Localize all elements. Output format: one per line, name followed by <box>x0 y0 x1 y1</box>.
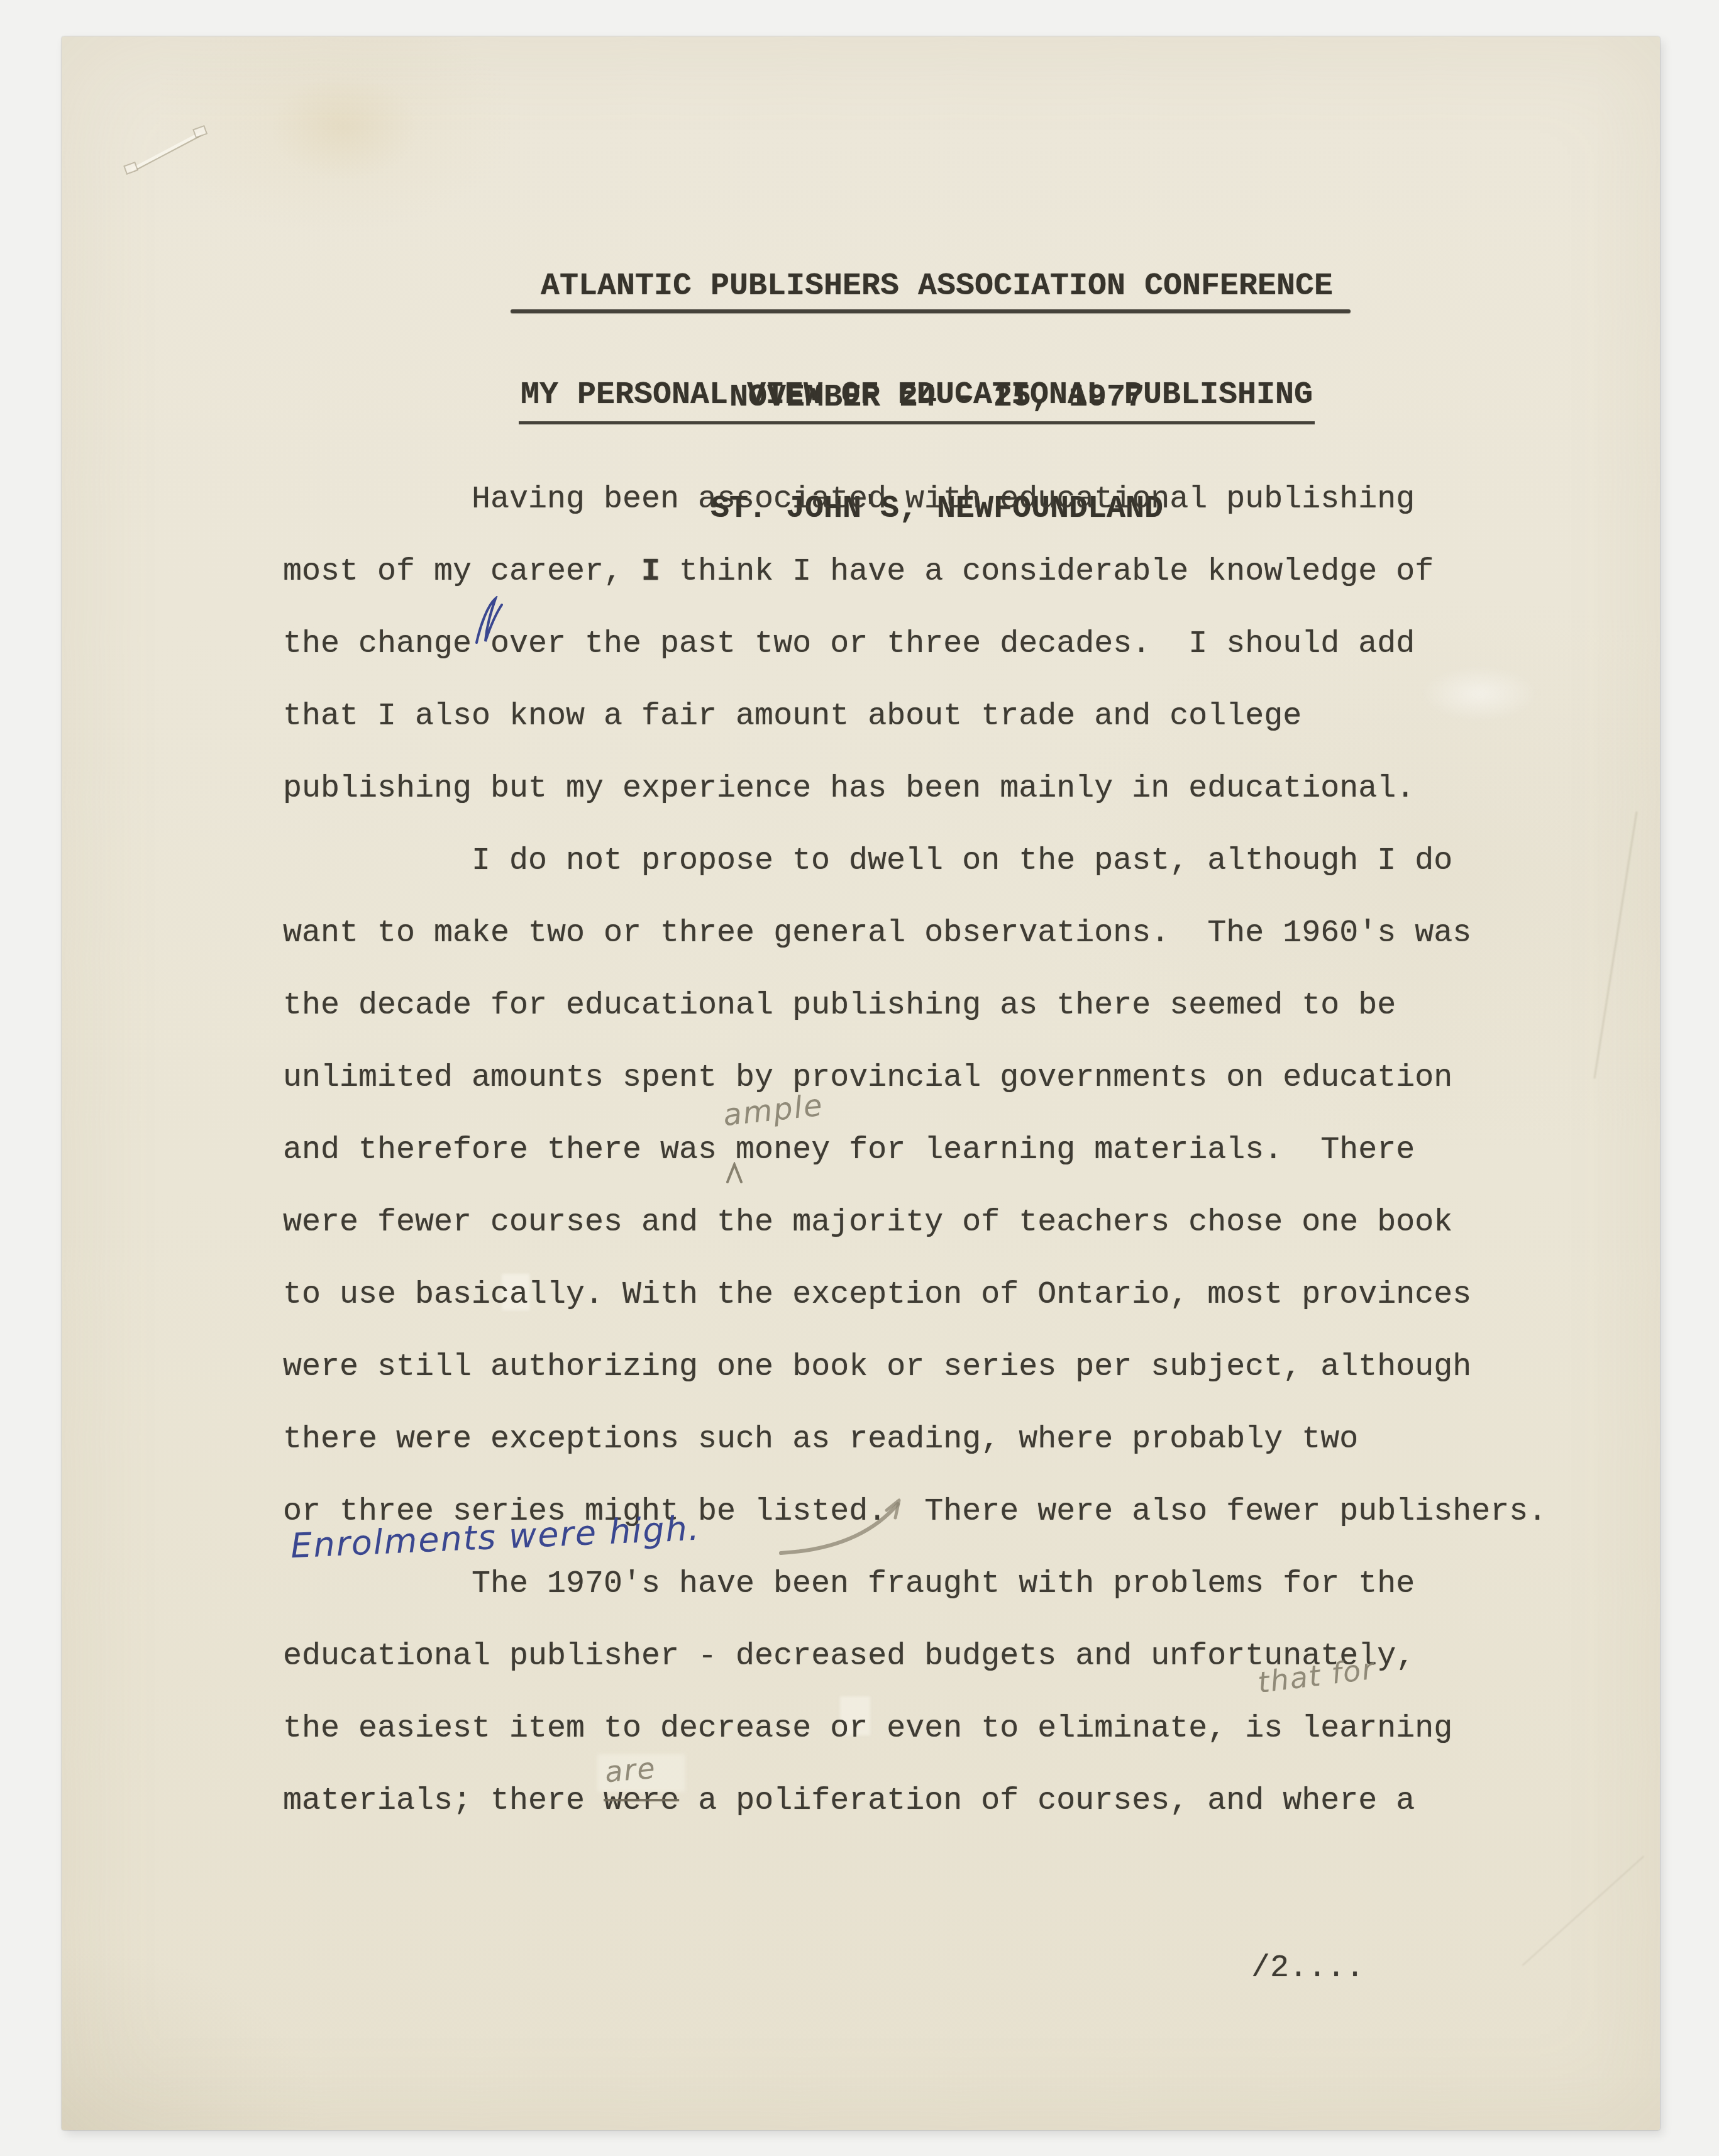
staple-mark-icon <box>123 123 223 192</box>
struck-word: were <box>604 1783 679 1819</box>
line-segment: materials; there <box>283 1783 604 1819</box>
typed-line: I do not propose to dwell on the past, a… <box>283 825 1628 897</box>
handwritten-s-insertion-icon <box>472 596 509 646</box>
typed-line: that I also know a fair amount about tra… <box>283 680 1628 753</box>
overstruck-character: I <box>641 554 660 590</box>
page-number: /2.... <box>1251 1953 1364 1984</box>
document-page: ATLANTIC PUBLISHERS ASSOCIATION CONFEREN… <box>62 36 1660 2130</box>
line-segment: a poliferation of courses, and where a <box>679 1783 1415 1819</box>
insertion-arrow-icon <box>773 1483 924 1564</box>
line-segment: most of my career, <box>283 554 641 590</box>
document-body: Having been associated with educational … <box>283 463 1628 1837</box>
conference-name: ATLANTIC PUBLISHERS ASSOCIATION CONFEREN… <box>519 268 1355 305</box>
typed-line: to use basically. With the exception of … <box>283 1259 1628 1331</box>
header-underline <box>511 309 1351 313</box>
scanned-document: ATLANTIC PUBLISHERS ASSOCIATION CONFEREN… <box>0 0 1719 2156</box>
typed-line: materials; there were a poliferation of … <box>283 1765 1628 1837</box>
typed-line: The 1970's have been fraught with proble… <box>283 1548 1628 1620</box>
typed-line: educational publisher - decreased budget… <box>283 1620 1628 1693</box>
typed-line: were fewer courses and the majority of t… <box>283 1186 1628 1259</box>
typed-line: there were exceptions such as reading, w… <box>283 1403 1628 1476</box>
insertion-caret-icon <box>726 1162 744 1185</box>
typed-line: the decade for educational publishing as… <box>283 970 1628 1042</box>
paper-crease <box>1522 1855 1645 1965</box>
typed-line: unlimited amounts spent by provincial go… <box>283 1042 1628 1114</box>
typed-line: and therefore there was money for learni… <box>283 1114 1628 1186</box>
typed-line: publishing but my experience has been ma… <box>283 753 1628 825</box>
handwritten-correction-are: are <box>604 1751 658 1789</box>
typed-line: were still authorizing one book or serie… <box>283 1331 1628 1403</box>
typed-line: Having been associated with educational … <box>283 463 1628 536</box>
typed-line: the easiest item to decrease or even to … <box>283 1693 1628 1765</box>
typed-line: want to make two or three general observ… <box>283 897 1628 970</box>
paper-stain <box>269 74 420 181</box>
line-segment: think I have a considerable knowledge of <box>660 554 1434 590</box>
document-title: MY PERSONAL VIEW OF EDUCATIONAL PUBLISHI… <box>519 377 1315 424</box>
